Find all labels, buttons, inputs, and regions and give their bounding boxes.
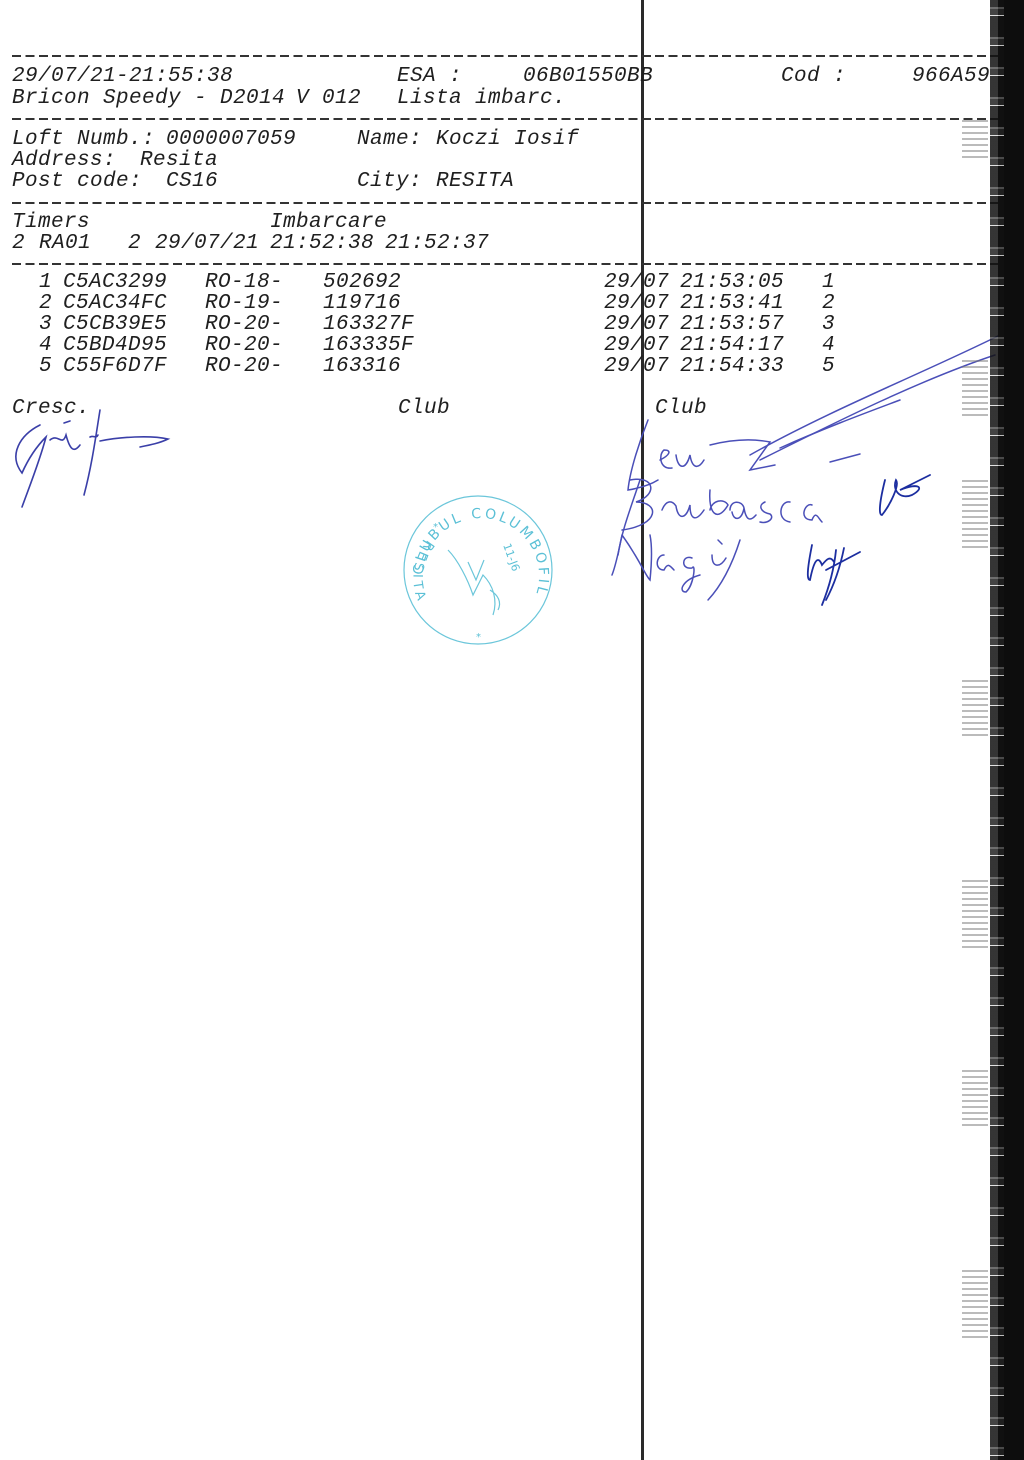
cod-value: 966A59: [912, 66, 990, 88]
loft-value: 0000007059: [166, 129, 296, 151]
bird-chip: C55F6D7F: [63, 356, 167, 378]
separator: [12, 55, 1000, 57]
timer-count: 2: [12, 233, 25, 255]
bird-idx: 2: [39, 293, 52, 315]
bird-seq: 1: [822, 272, 835, 294]
scan-noise: [962, 480, 988, 550]
bird-time: 21:53:41: [680, 293, 784, 315]
timer-date: 29/07/21: [155, 233, 259, 255]
bird-ring-prefix: RO-20-: [205, 314, 283, 336]
bird-ring: 163327F: [323, 314, 414, 336]
bird-ring-prefix: RO-18-: [205, 272, 283, 294]
postcode-value: CS16: [166, 171, 218, 193]
bird-ring-prefix: RO-20-: [205, 335, 283, 357]
club-label-1: Club: [398, 398, 450, 420]
program-name: Bricon Speedy - D2014: [12, 88, 285, 110]
bird-ring-prefix: RO-19-: [205, 293, 283, 315]
separator: [12, 202, 1000, 204]
program-version: V 012: [296, 88, 361, 110]
scan-edge-noise: [990, 0, 1004, 1460]
bird-seq: 2: [822, 293, 835, 315]
scan-noise: [962, 1270, 988, 1340]
bird-chip: C5AC3299: [63, 272, 167, 294]
name-label: Name:: [357, 129, 422, 151]
esa-value: 06B01550BB: [523, 66, 653, 88]
bird-idx: 1: [39, 272, 52, 294]
esa-label: ESA :: [397, 66, 462, 88]
separator: [12, 118, 1000, 120]
bird-date: 29/07: [604, 272, 669, 294]
city-value: RESITA: [436, 171, 514, 193]
address-label: Address:: [12, 150, 116, 172]
bird-idx: 3: [39, 314, 52, 336]
club-signatures: [600, 330, 1000, 600]
timer-time1: 21:52:38: [270, 233, 374, 255]
scan-noise: [962, 680, 988, 740]
bird-chip: C5BD4D95: [63, 335, 167, 357]
print-datetime: 29/07/21-21:55:38: [12, 66, 233, 88]
bird-chip: C5CB39E5: [63, 314, 167, 336]
timers-label: Timers: [12, 212, 90, 234]
bird-date: 29/07: [604, 293, 669, 315]
svg-text:*: *: [433, 522, 438, 533]
loft-label: Loft Numb.:: [12, 129, 155, 151]
fold-line: [641, 0, 644, 1460]
bird-idx: 5: [39, 356, 52, 378]
bird-ring: 119716: [323, 293, 401, 315]
scan-noise: [962, 120, 988, 160]
svg-text:RESITA: RESITA: [409, 537, 437, 606]
timer-id: RA01: [39, 233, 91, 255]
bird-time: 21:53:05: [680, 272, 784, 294]
scan-noise: [962, 360, 988, 420]
timer-time2: 21:52:37: [385, 233, 489, 255]
name-value: Koczi Iosif: [436, 129, 579, 151]
bird-ring-prefix: RO-20-: [205, 356, 283, 378]
postcode-label: Post code:: [12, 171, 142, 193]
imbarcare-label: Imbarcare: [270, 212, 387, 234]
bird-ring: 163316: [323, 356, 401, 378]
svg-text:11-J6: 11-J6: [500, 542, 522, 574]
svg-text:*: *: [476, 632, 481, 643]
fancier-signature: [0, 395, 200, 525]
scan-noise: [962, 880, 988, 950]
bird-ring: 502692: [323, 272, 401, 294]
scan-noise: [962, 1070, 988, 1130]
list-title: Lista imbarc.: [397, 88, 566, 110]
cod-label: Cod :: [781, 66, 846, 88]
bird-ring: 163335F: [323, 335, 414, 357]
separator: [12, 263, 1000, 265]
club-stamp: CLUBUL COLUMBOFIL RESITA 11-J6 * *: [398, 490, 558, 650]
city-label: City:: [357, 171, 422, 193]
bird-chip: C5AC34FC: [63, 293, 167, 315]
bird-idx: 4: [39, 335, 52, 357]
timer-num: 2: [128, 233, 141, 255]
address-value: Resita: [140, 150, 218, 172]
